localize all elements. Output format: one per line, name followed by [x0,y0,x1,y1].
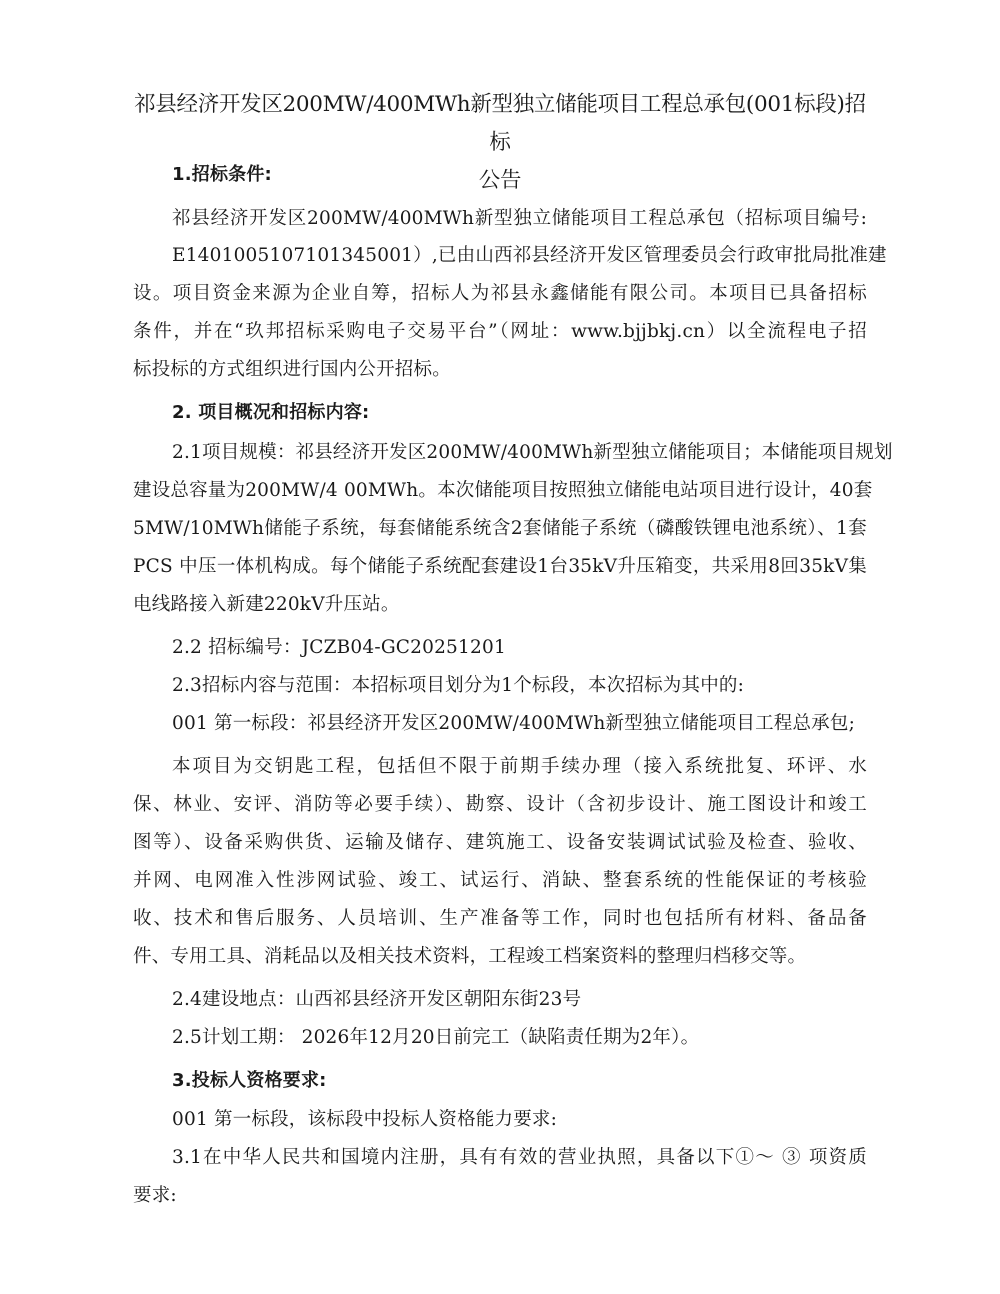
section-heading-1: 1.招标条件: [172,162,272,188]
paragraph-line: 件、专用工具、消耗品以及相关技术资料，工程竣工档案资料的整理归档移交等。 [133,944,806,970]
paragraph-line: 标投标的方式组织进行国内公开招标。 [133,357,451,383]
paragraph-line: 设。项目资金来源为企业自筹，招标人为祁县永鑫储能有限公司。本项目已具备招标 [133,281,867,307]
paragraph-line: 并网、电网准入性涉网试验、竣工、试运行、消缺、整套系统的性能保证的考核验 [133,868,867,894]
paragraph-line: E1401005107101345001）,已由山西祁县经济开发区管理委员会行政… [172,243,867,269]
paragraph-line: 条件，并在“玖邦招标采购电子交易平台”（网址：www.bjjbkj.cn）以全流… [133,319,867,345]
paragraph-line: 建设总容量为200MW/4 00MWh。本次储能项目按照独立储能电站项目进行设计… [133,478,867,504]
section-heading-2: 2. 项目概况和招标内容: [172,400,369,426]
paragraph-line: 祁县经济开发区200MW/400MWh新型独立储能项目工程总承包（招标项目编号: [172,206,867,232]
paragraph-line: 电线路接入新建220kV升压站。 [133,592,400,618]
paragraph-line: 图等）、设备采购供货、运输及储存、建筑施工、设备安装调试试验及检查、验收、 [133,830,867,856]
section-heading-3: 3.投标人资格要求: [172,1068,327,1094]
paragraph-line: 本项目为交钥匙工程，包括但不限于前期手续办理（接入系统批复、环评、水 [172,754,867,780]
paragraph-line: 保、林业、安评、消防等必要手续）、勘察、设计（含初步设计、施工图设计和竣工 [133,792,867,818]
bid-number: 2.2 招标编号：JCZB04-GC20251201 [172,635,506,661]
paragraph-line: 要求: [133,1183,177,1209]
planned-duration: 2.5计划工期： 2026年12月20日前完工（缺陷责任期为2年）。 [172,1025,699,1051]
title-line-1: 祁县经济开发区200MW/400MWh新型独立储能项目工程总承包(001标段)招… [130,86,870,162]
paragraph-line: 2.3招标内容与范围：本招标项目划分为1个标段，本次招标为其中的: [172,673,744,699]
paragraph-line: PCS 中压一体机构成。每个储能子系统配套建设1台35kV升压箱变，共采用8回3… [133,554,867,580]
paragraph-line: 3.1在中华人民共和国境内注册，具有有效的营业执照，具备以下①～ ③ 项资质 [172,1145,867,1171]
paragraph-line: 2.1项目规模：祁县经济开发区200MW/400MWh新型独立储能项目；本储能项… [172,440,867,466]
paragraph-line: 收、技术和售后服务、人员培训、生产准备等工作，同时也包括所有材料、备品备 [133,906,867,932]
document-page: 祁县经济开发区200MW/400MWh新型独立储能项目工程总承包(001标段)招… [0,0,1000,1294]
paragraph-line: 5MW/10MWh储能子系统，每套储能系统含2套储能子系统（磷酸铁锂电池系统）、… [133,516,867,542]
paragraph-line: 001 第一标段：祁县经济开发区200MW/400MWh新型独立储能项目工程总承… [172,711,855,737]
construction-site: 2.4建设地点：山西祁县经济开发区朝阳东街23号 [172,987,581,1013]
paragraph-line: 001 第一标段，该标段中投标人资格能力要求: [172,1107,557,1133]
